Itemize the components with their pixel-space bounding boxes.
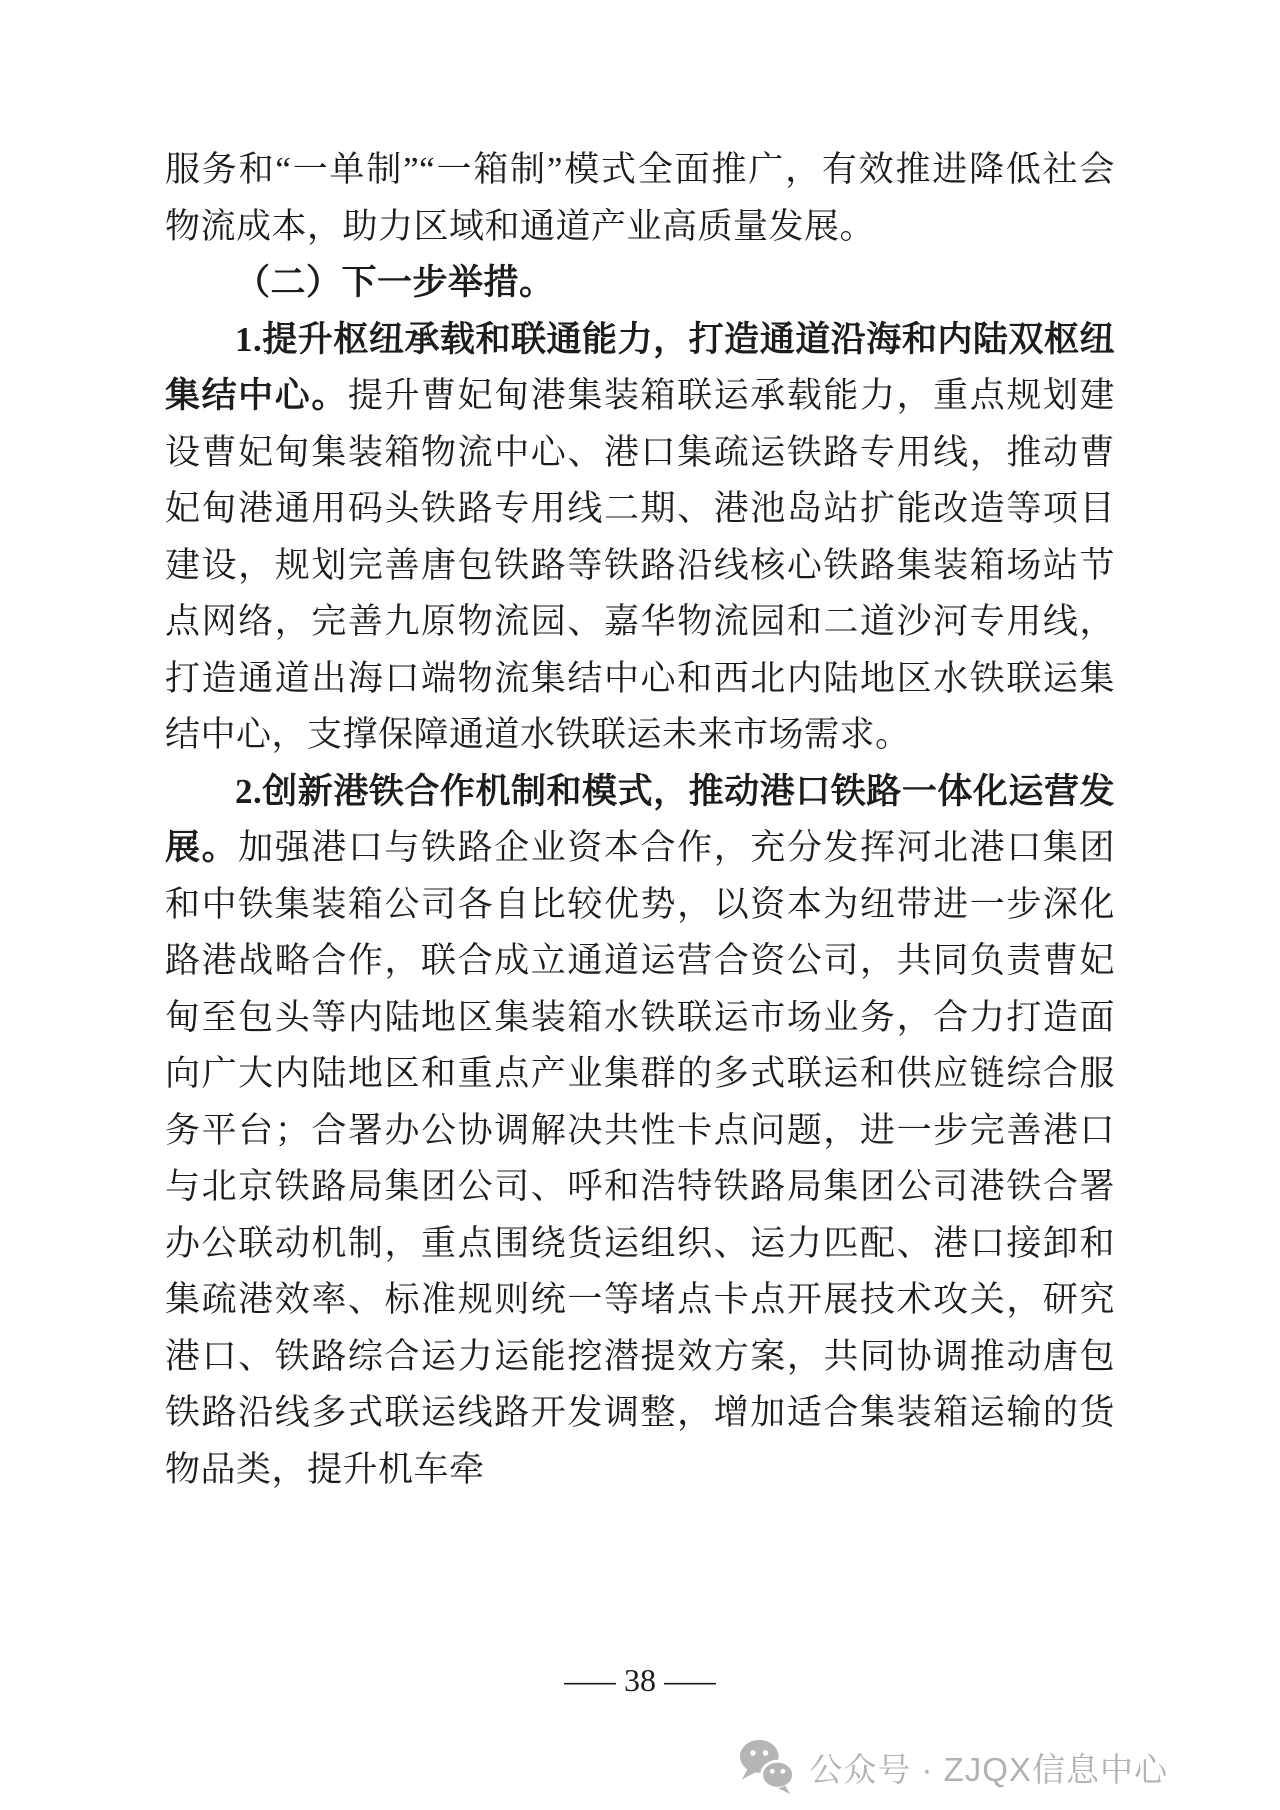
paragraph-1-body: 提升曹妃甸港集装箱联运承载能力，重点规划建设曹妃甸集装箱物流中心、港口集疏运铁路… [165,376,1115,754]
paragraph-item-2: 2.创新港铁合作机制和模式，推动港口铁路一体化运营发展。加强港口与铁路企业资本合… [165,764,1115,1499]
paragraph-2-body: 加强港口与铁路企业资本合作，充分发挥河北港口集团和中铁集装箱公司各自比较优势，以… [165,828,1115,1489]
paragraph-item-1: 1.提升枢纽承载和联通能力，打造通道沿海和内陆双枢纽集结中心。提升曹妃甸港集装箱… [165,312,1115,764]
page-number: 38 [624,1662,656,1698]
footer-dash-left: — [564,1662,615,1699]
footer-dash-right: — [664,1662,715,1699]
paragraph-continued: 服务和“一单制”“一箱制”模式全面推广，有效推进降低社会物流成本，助力区域和通道… [165,142,1115,255]
wechat-icon [737,1738,795,1796]
watermark-text: 公众号 · ZJQX信息中心 [809,1744,1168,1791]
section-heading: （二）下一步举措。 [165,255,1115,312]
watermark: 公众号 · ZJQX信息中心 [737,1738,1168,1796]
page-footer: —38— [0,1662,1280,1699]
document-body: 服务和“一单制”“一箱制”模式全面推广，有效推进降低社会物流成本，助力区域和通道… [165,142,1115,1498]
document-page: 服务和“一单制”“一箱制”模式全面推广，有效推进降低社会物流成本，助力区域和通道… [0,0,1280,1810]
